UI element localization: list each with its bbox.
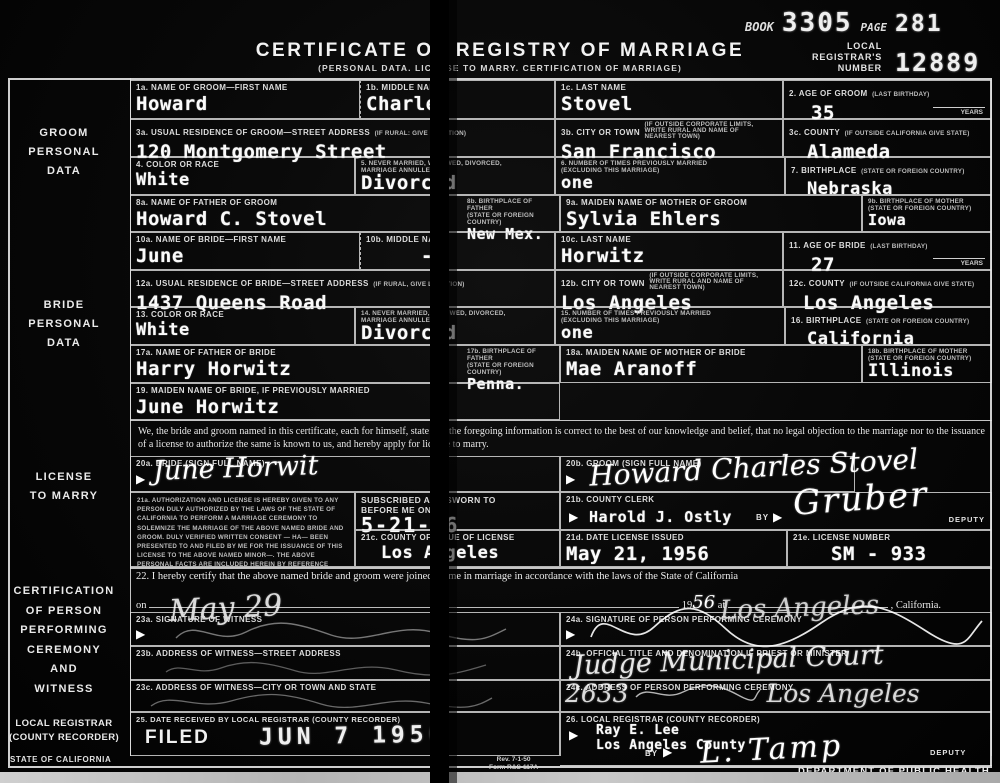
field-1a-groom-first-name: 1a. NAME OF GROOM—FIRST NAMEHoward <box>130 80 360 119</box>
official-title-script: Judge Municipal Court <box>573 640 885 682</box>
ceremony-date-blank: May 29 <box>149 607 679 608</box>
deputy-label: DEPUTY <box>949 515 985 524</box>
by-label: BY <box>645 749 658 758</box>
field-12a-bride-residence: 12a. USUAL RESIDENCE OF BRIDE—STREET ADD… <box>130 270 555 307</box>
field-9a-groom-mother-name: 9a. MAIDEN NAME OF MOTHER OF GROOMSylvia… <box>560 195 862 232</box>
field-10a-bride-first-name: 10a. NAME OF BRIDE—FIRST NAMEJune <box>130 232 360 270</box>
field-7-groom-birthplace: 7. BIRTHPLACE (STATE OR FOREIGN COUNTRY)… <box>785 157 992 195</box>
field-3c-groom-county: 3c. COUNTY (IF OUTSIDE CALIFORNIA GIVE S… <box>783 119 992 157</box>
field-21a-sworn-date: SUBSCRIBED AND SWORN TO BEFORE ME ON 5-2… <box>355 492 560 530</box>
field-21a-authorization-text: 21a. AUTHORIZATION AND LICENSE IS HEREBY… <box>130 492 355 567</box>
state-of-california-label: STATE OF CALIFORNIA <box>10 755 111 764</box>
field-17b-bride-father-birthplace: 17b. BIRTHPLACE OF FATHER(STATE OR FOREI… <box>448 345 560 383</box>
clerk-deputy-signature-script: Gruber <box>792 474 930 523</box>
county-clerk-name: Harold J. Ostly <box>589 508 732 526</box>
field-17a-bride-father-name: 17a. NAME OF FATHER OF BRIDEHarry Horwit… <box>130 345 448 383</box>
page-number: 281 <box>895 11 943 37</box>
celebrant-address-script <box>633 682 763 706</box>
signature-pointer-icon: ▶ <box>569 511 578 523</box>
book-label: BOOK <box>745 20 774 34</box>
field-8b-groom-father-birthplace: 8b. BIRTHPLACE OF FATHER(STATE OR FOREIG… <box>448 195 560 232</box>
field-23b-witness-street-address: 23b. ADDRESS OF WITNESS—STREET ADDRESS <box>130 646 560 680</box>
signature-pointer-icon: ▶ <box>773 511 782 523</box>
field-18a-bride-mother-name: 18a. MAIDEN NAME OF MOTHER OF BRIDEMae A… <box>560 345 862 383</box>
sidebar-certification-section-label: CERTIFICATIONOF PERSONPERFORMINGCEREMONY… <box>0 582 128 699</box>
field-15-bride-times-married: 15. NUMBER OF TIMES PREVIOUSLY MARRIED(E… <box>555 307 785 345</box>
field-10b-bride-middle-name: 10b. MIDDLE NAME-- <box>360 232 555 270</box>
marriage-certificate-document: BOOK 3305 PAGE 281 CERTIFICATE OF REGIST… <box>0 0 1000 783</box>
film-splice-band <box>430 0 449 783</box>
field-6-groom-times-married: 6. NUMBER OF TIMES PREVIOUSLY MARRIED(EX… <box>555 157 785 195</box>
filed-stamp: FILED <box>145 727 210 749</box>
certification-statement: 22. I hereby certify that the above name… <box>136 571 988 582</box>
field-11-bride-age: 11. AGE OF BRIDE (LAST BIRTHDAY) 27 YEAR… <box>783 232 992 270</box>
field-12c-bride-county: 12c. COUNTY (IF OUTSIDE CALIFORNIA GIVE … <box>783 270 992 307</box>
field-4-groom-race: 4. COLOR OR RACEWhite <box>130 157 355 195</box>
on-label: on <box>136 600 147 611</box>
by-label: BY <box>756 513 769 522</box>
field-24a-celebrant-signature: 24a. SIGNATURE OF PERSON PERFORMING CERE… <box>560 612 992 646</box>
field-25-date-received: 25. DATE RECEIVED BY LOCAL REGISTRAR (CO… <box>130 712 560 756</box>
signature-pointer-icon: ▶ <box>569 729 578 741</box>
signature-pointer-icon: ▶ <box>663 746 672 758</box>
filed-date-stamp: JUN 7 1956 <box>259 721 448 750</box>
signature-pointer-icon: ▶ <box>136 628 145 640</box>
field-1c-groom-last-name: 1c. LAST NAMEStovel <box>555 80 783 119</box>
signature-pointer-icon: ▶ <box>566 628 575 640</box>
ceremony-place-blank: Los Angeles <box>728 607 888 608</box>
registrar-name: Ray E. Lee <box>596 723 679 738</box>
field-21d-date-license-issued: 21d. DATE LICENSE ISSUED May 21, 1956 <box>560 530 787 567</box>
field-21b-county-clerk: 21b. COUNTY CLERK ▶ Harold J. Ostly BY ▶… <box>560 492 992 530</box>
field-3a-groom-residence: 3a. USUAL RESIDENCE OF GROOM—STREET ADDR… <box>130 119 555 157</box>
field-24b-official-title: 24b. OFFICIAL TITLE AND DENOMINATION IF … <box>560 646 992 680</box>
local-registrar-number-label: LOCAL REGISTRAR'S NUMBER <box>790 41 882 74</box>
sidebar-local-registrar-label: LOCAL REGISTRAR(COUNTY RECORDER) <box>0 717 128 745</box>
field-8a-groom-father-name: 8a. NAME OF FATHER OF GROOMHoward C. Sto… <box>130 195 448 232</box>
sidebar-bride-section-label: BRIDEPERSONALDATA <box>0 296 128 353</box>
field-1b-groom-middle-name: 1b. MIDDLE NAMECharles <box>360 80 555 119</box>
field-2-groom-age: 2. AGE OF GROOM (LAST BIRTHDAY) 35 YEARS <box>783 80 992 119</box>
witness-signature-script <box>171 621 511 645</box>
local-registrar-number: 12889 <box>895 48 980 77</box>
book-page-stamp: BOOK 3305 PAGE 281 <box>745 8 943 38</box>
field-13-bride-race: 13. COLOR OR RACEWhite <box>130 307 355 345</box>
field-3b-groom-city: 3b. CITY OR TOWN (IF OUTSIDE CORPORATE L… <box>555 119 783 157</box>
field-20a-bride-signature: 20a. BRIDE (SIGN FULL NAME) ▶ June Horwi… <box>130 456 560 492</box>
field-9b-groom-mother-birthplace: 9b. BIRTHPLACE OF MOTHER(STATE OR FOREIG… <box>862 195 992 232</box>
book-number: 3305 <box>782 8 853 38</box>
film-bottom-edge <box>0 772 1000 783</box>
sidebar-groom-section-label: GROOMPERSONALDATA <box>0 124 128 181</box>
signature-pointer-icon: ▶ <box>136 473 145 485</box>
field-12b-bride-city: 12b. CITY OR TOWN (IF OUTSIDE CORPORATE … <box>555 270 783 307</box>
deputy-label: DEPUTY <box>930 748 966 757</box>
field-23c-witness-city-state: 23c. ADDRESS OF WITNESS—CITY OR TOWN AND… <box>130 680 560 712</box>
field-21c-county-of-issue: 21c. COUNTY OF ISSUE OF LICENSE Los Ange… <box>355 530 560 567</box>
field-16-bride-birthplace: 16. BIRTHPLACE (STATE OR FOREIGN COUNTRY… <box>785 307 992 345</box>
signature-pointer-icon: ▶ <box>566 473 575 485</box>
field-19-bride-maiden-name: 19. MAIDEN NAME OF BRIDE, IF PREVIOUSLY … <box>130 383 560 420</box>
bride-signature-script: June Horwit <box>153 450 319 487</box>
film-splice-band-edge <box>449 0 457 783</box>
form-revision-note: Rev. 7-1-50 Form R&S-117A <box>489 756 538 771</box>
sidebar-license-section-label: LICENSETO MARRY <box>0 468 128 506</box>
field-23a-witness-signature: 23a. SIGNATURE OF WITNESS ▶ <box>130 612 560 646</box>
field-21e-license-number: 21e. LICENSE NUMBER SM - 933 <box>787 530 992 567</box>
celebrant-address-city-script: Los Angeles <box>767 679 920 708</box>
field-18b-bride-mother-birthplace: 18b. BIRTHPLACE OF MOTHER(STATE OR FOREI… <box>862 345 992 383</box>
field-10c-bride-last-name: 10c. LAST NAMEHorwitz <box>555 232 783 270</box>
field-24c-celebrant-address: 24c. ADDRESS OF PERSON PERFORMING CEREMO… <box>560 680 992 712</box>
celebrant-address-number-script: 2633 <box>565 679 629 708</box>
page-label: PAGE <box>861 21 888 34</box>
